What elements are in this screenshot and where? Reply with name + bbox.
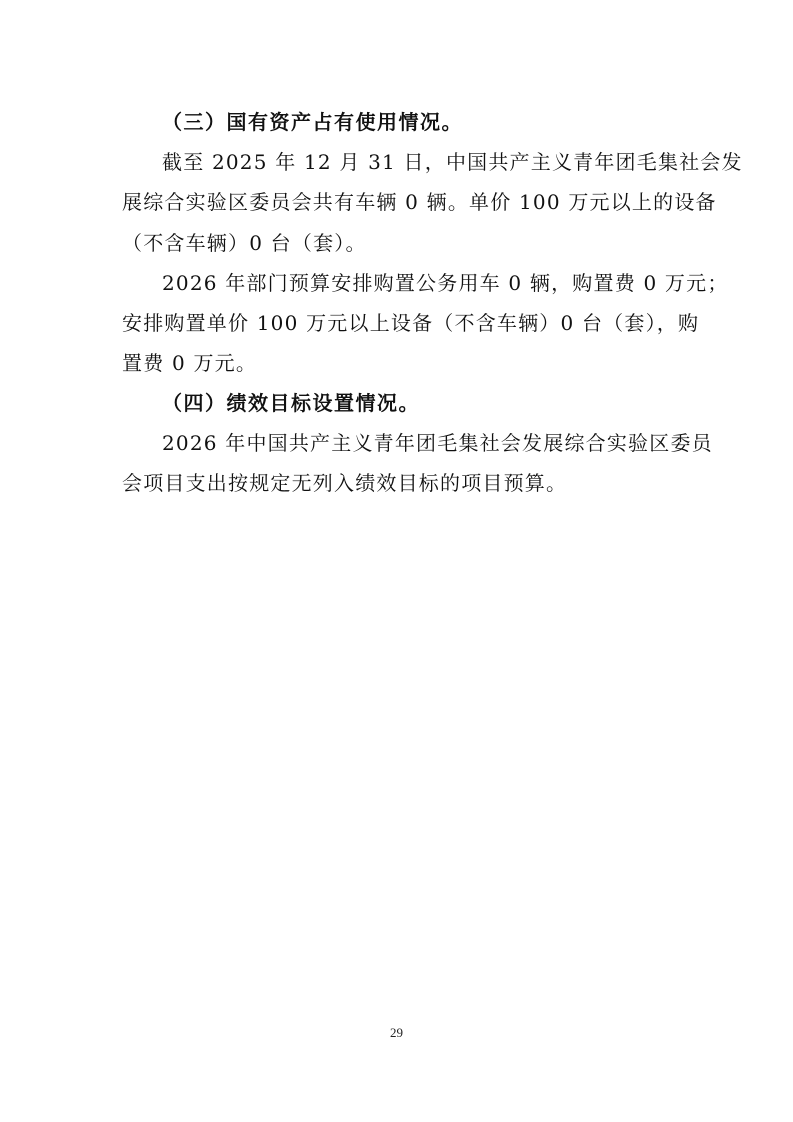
document-page: （三）国有资产占有使用情况。 截至 2025 年 12 月 31 日，中国共产主… — [0, 0, 793, 1122]
section-heading-assets: （三）国有资产占有使用情况。 — [162, 110, 463, 134]
paragraph-line: 2026 年中国共产主义青年团毛集社会发展综合实验区委员 — [162, 431, 713, 455]
paragraph-line: （不含车辆）0 台（套）。 — [122, 231, 367, 255]
paragraph-line: 置费 0 万元。 — [122, 351, 257, 375]
paragraph-line: 安排购置单价 100 万元以上设备（不含车辆）0 台（套），购 — [122, 311, 699, 335]
paragraph-line: 会项目支出按规定无列入绩效目标的项目预算。 — [122, 471, 567, 495]
page-number: 29 — [0, 1025, 793, 1041]
paragraph-line: 展综合实验区委员会共有车辆 0 辆。单价 100 万元以上的设备 — [122, 190, 717, 214]
section-heading-performance: （四）绩效目标设置情况。 — [162, 391, 420, 415]
paragraph-line: 截至 2025 年 12 月 31 日，中国共产主义青年团毛集社会发 — [162, 150, 743, 174]
paragraph-line: 2026 年部门预算安排购置公务用车 0 辆，购置费 0 万元； — [162, 271, 729, 295]
